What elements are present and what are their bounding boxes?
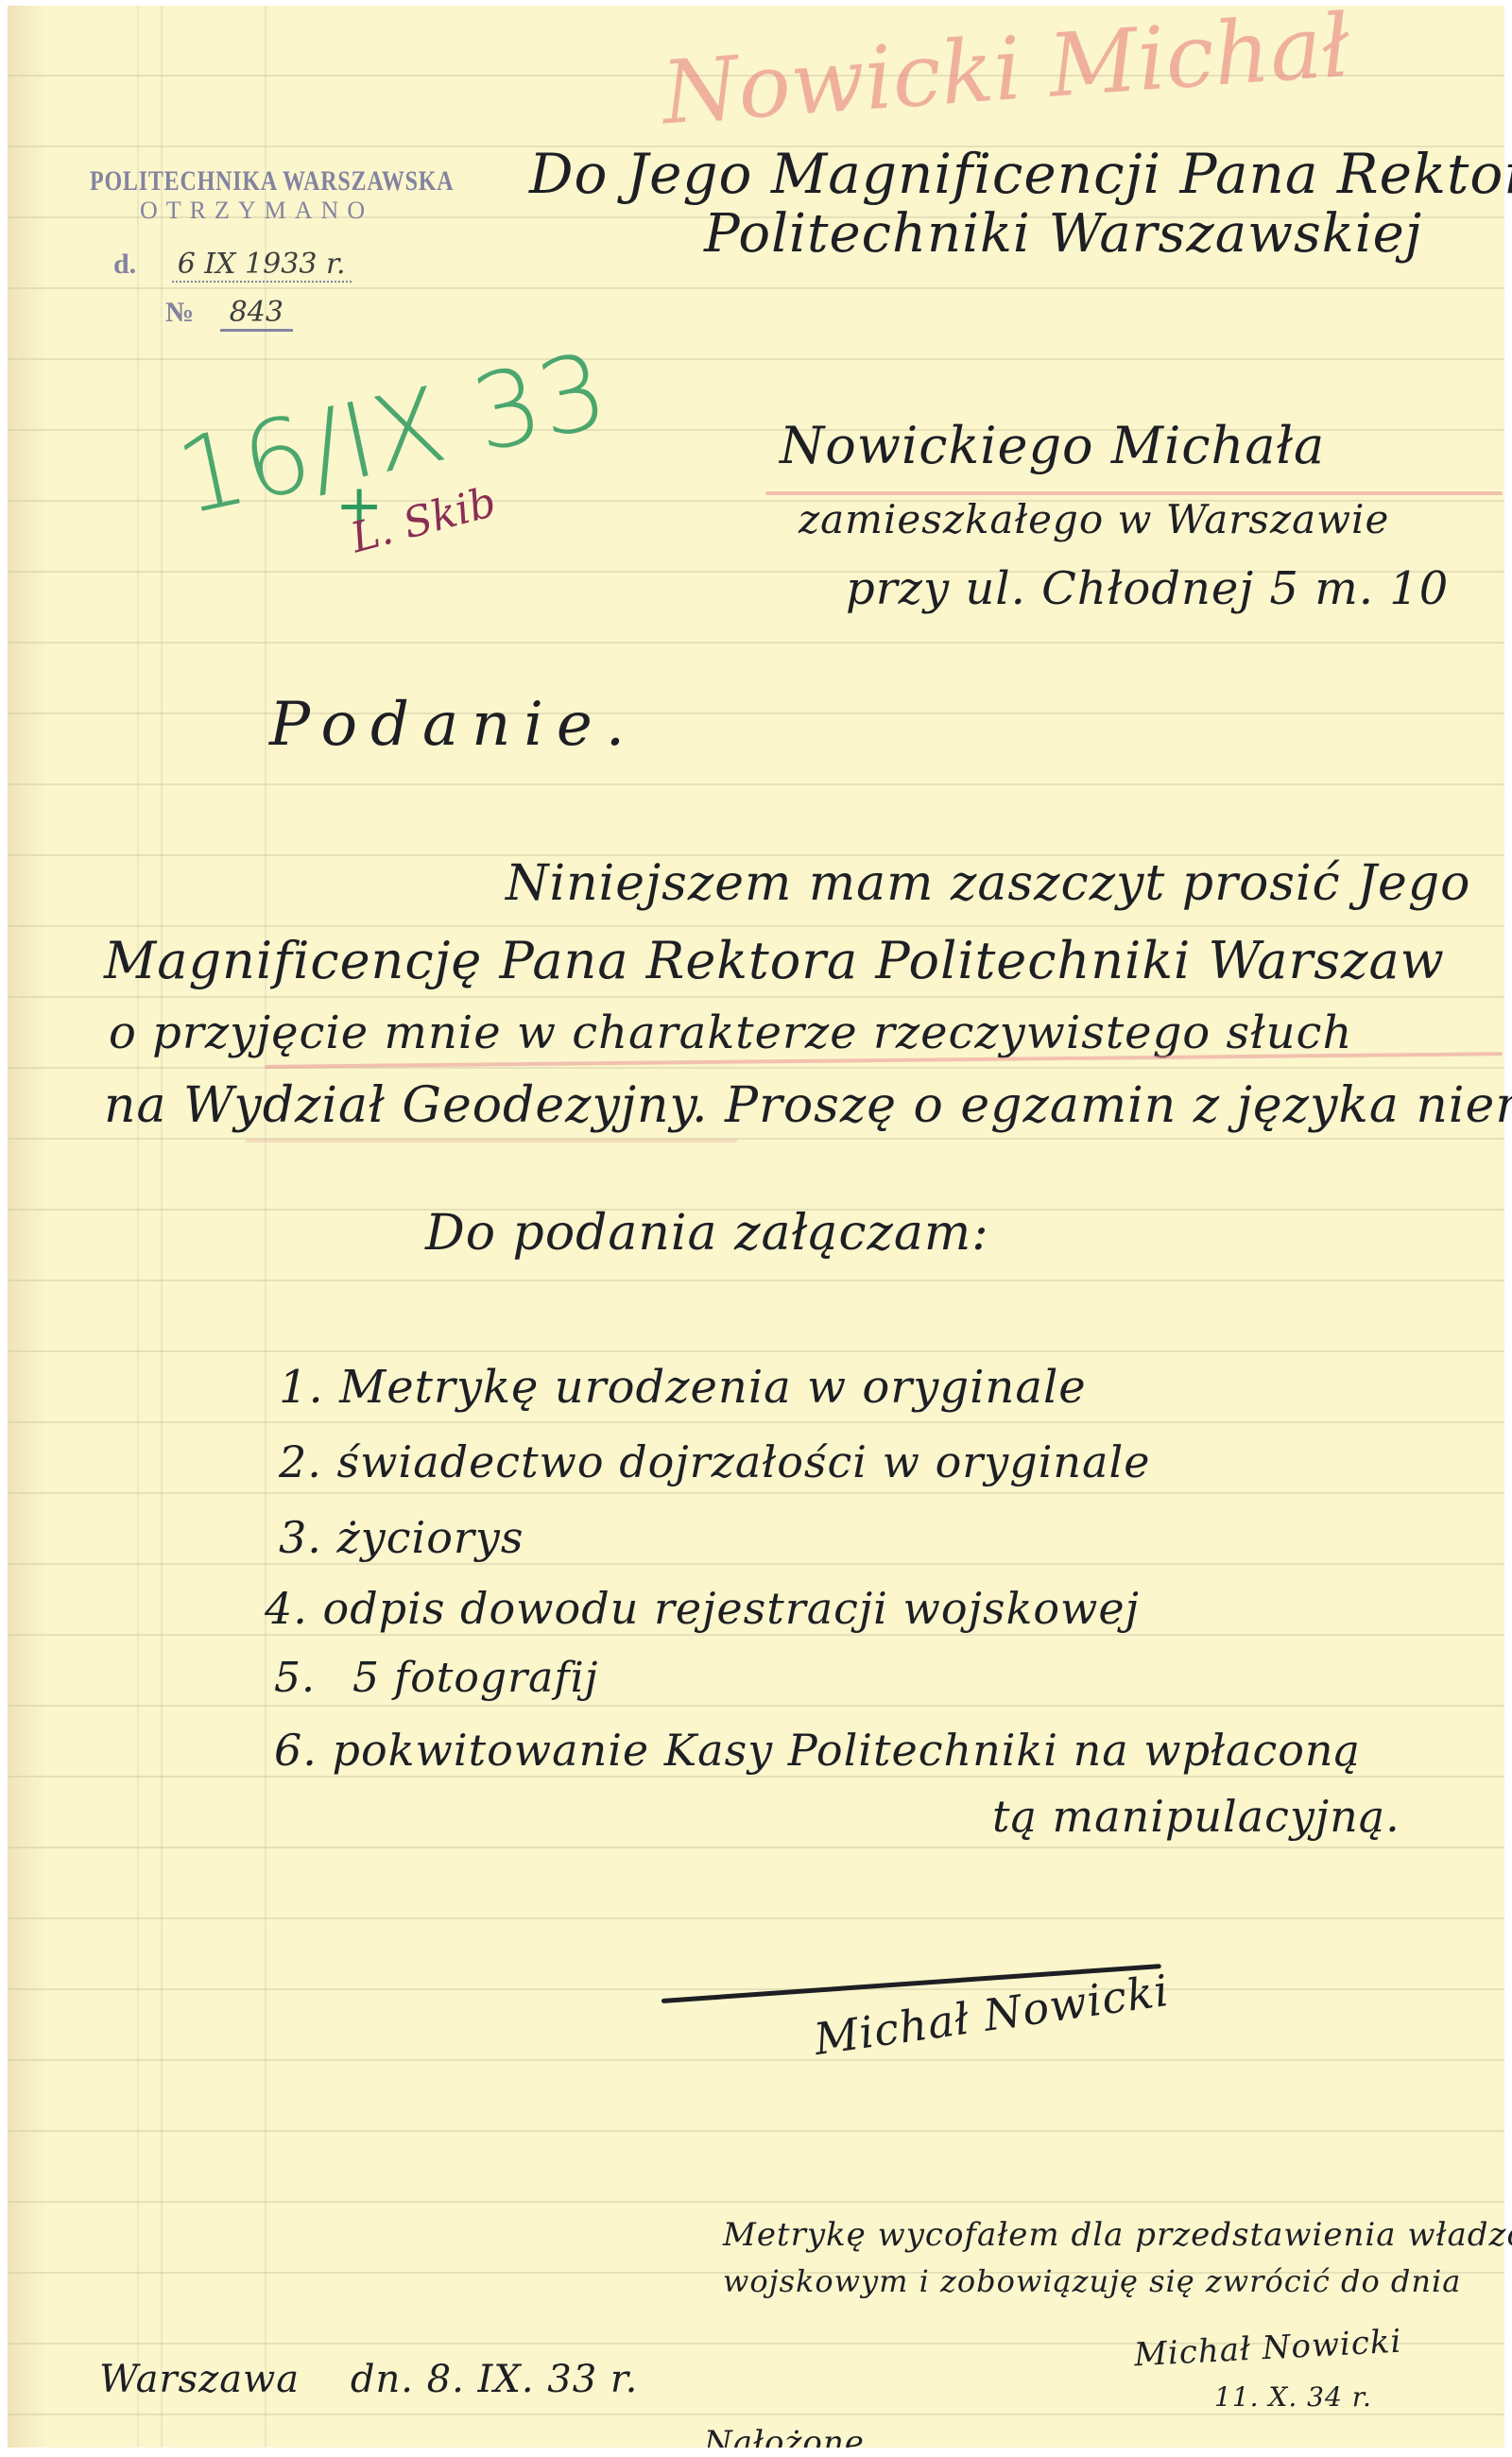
stamp-number-value: 843 bbox=[220, 296, 293, 332]
date: dn. 8. IX. 33 r. bbox=[351, 2358, 638, 2401]
attachment-item: 1. Metrykę urodzenia w oryginale bbox=[279, 1361, 1087, 1414]
body-line1: Niniejszem mam zaszczyt prosić Jego bbox=[506, 855, 1470, 912]
addressee-line1: Do Jego Magnificencji Pana Rektora bbox=[529, 142, 1512, 206]
body-line4: na Wydział Geodezyjny. Proszę o egzamin … bbox=[104, 1077, 1512, 1134]
attachment-text: pokwitowanie Kasy Politechniki na wpłaco… bbox=[333, 1725, 1361, 1776]
document-title: Podanie. bbox=[269, 690, 638, 760]
place-date: Warszawa dn. 8. IX. 33 r. bbox=[99, 2358, 638, 2401]
stamp-number: № 843 bbox=[165, 296, 293, 329]
attachment-text: odpis dowodu rejestracji wojskowej bbox=[323, 1583, 1140, 1634]
stamp-date-value: 6 IX 1933 r. bbox=[172, 248, 352, 283]
addressee-line2: Politechniki Warszawskiej bbox=[704, 203, 1422, 265]
stamp-label: OTRZYMANO bbox=[140, 197, 373, 225]
ruled-margin-line bbox=[265, 6, 266, 2448]
sender-residence: zamieszkałego w Warszawie bbox=[799, 496, 1389, 542]
footnote-line1: Metrykę wycofałem dla przedstawienia wła… bbox=[723, 2216, 1512, 2254]
attachment-item: 2. świadectwo dojrzałości w oryginale bbox=[279, 1436, 1150, 1487]
body-line2: Magnificencję Pana Rektora Politechniki … bbox=[104, 931, 1445, 990]
attachment-item: 3. życiorys bbox=[279, 1512, 524, 1563]
attachment-number: 2. bbox=[279, 1436, 322, 1487]
attachment-item: 4. odpis dowodu rejestracji wojskowej bbox=[265, 1583, 1140, 1634]
cut-off-line: Nałożone ... bbox=[704, 2424, 909, 2448]
ruled-margin-line bbox=[161, 6, 163, 2448]
stamp-institution: POLITECHNIKA WARSZAWSKA bbox=[90, 165, 454, 198]
attachment-number: 1. bbox=[279, 1361, 324, 1414]
attachment-text: 5 fotografij bbox=[352, 1654, 598, 1702]
attachment-item: 6. pokwitowanie Kasy Politechniki na wpł… bbox=[274, 1725, 1361, 1776]
attachment-text: Metrykę urodzenia w oryginale bbox=[339, 1361, 1087, 1414]
red-underline bbox=[765, 491, 1503, 495]
stamp-date-prefix: d. bbox=[113, 249, 136, 280]
place: Warszawa bbox=[99, 2358, 300, 2401]
attachment-number: 5. bbox=[274, 1654, 316, 1702]
attachment-text: świadectwo dojrzałości w oryginale bbox=[337, 1436, 1151, 1487]
attachment-item: 5. 5 fotografij bbox=[274, 1654, 598, 1702]
footnote-line2: wojskowym i zobowiązuję się zwrócić do d… bbox=[723, 2263, 1461, 2299]
attachment-number: 6. bbox=[274, 1725, 318, 1776]
stamp-date: d. 6 IX 1933 r. bbox=[113, 248, 352, 281]
sender-name: Nowickiego Michała bbox=[780, 416, 1325, 475]
ruled-margin-line bbox=[137, 6, 139, 2448]
attachment-text: życiorys bbox=[337, 1512, 524, 1563]
attachment-number: 4. bbox=[265, 1583, 308, 1634]
body-line3: o przyjęcie mnie w charakterze rzeczywis… bbox=[109, 1006, 1352, 1059]
attachments-heading: Do podania załączam: bbox=[425, 1205, 989, 1262]
red-underline bbox=[246, 1139, 737, 1143]
attachment-item-continuation: tą manipulacyjną. bbox=[992, 1791, 1400, 1842]
footnote-date: 11. X. 34 r. bbox=[1214, 2381, 1372, 2413]
sender-address: przy ul. Chłodnej 5 m. 10 bbox=[846, 562, 1449, 615]
attachment-number: 3. bbox=[279, 1512, 322, 1563]
stamp-number-prefix: № bbox=[165, 297, 194, 328]
